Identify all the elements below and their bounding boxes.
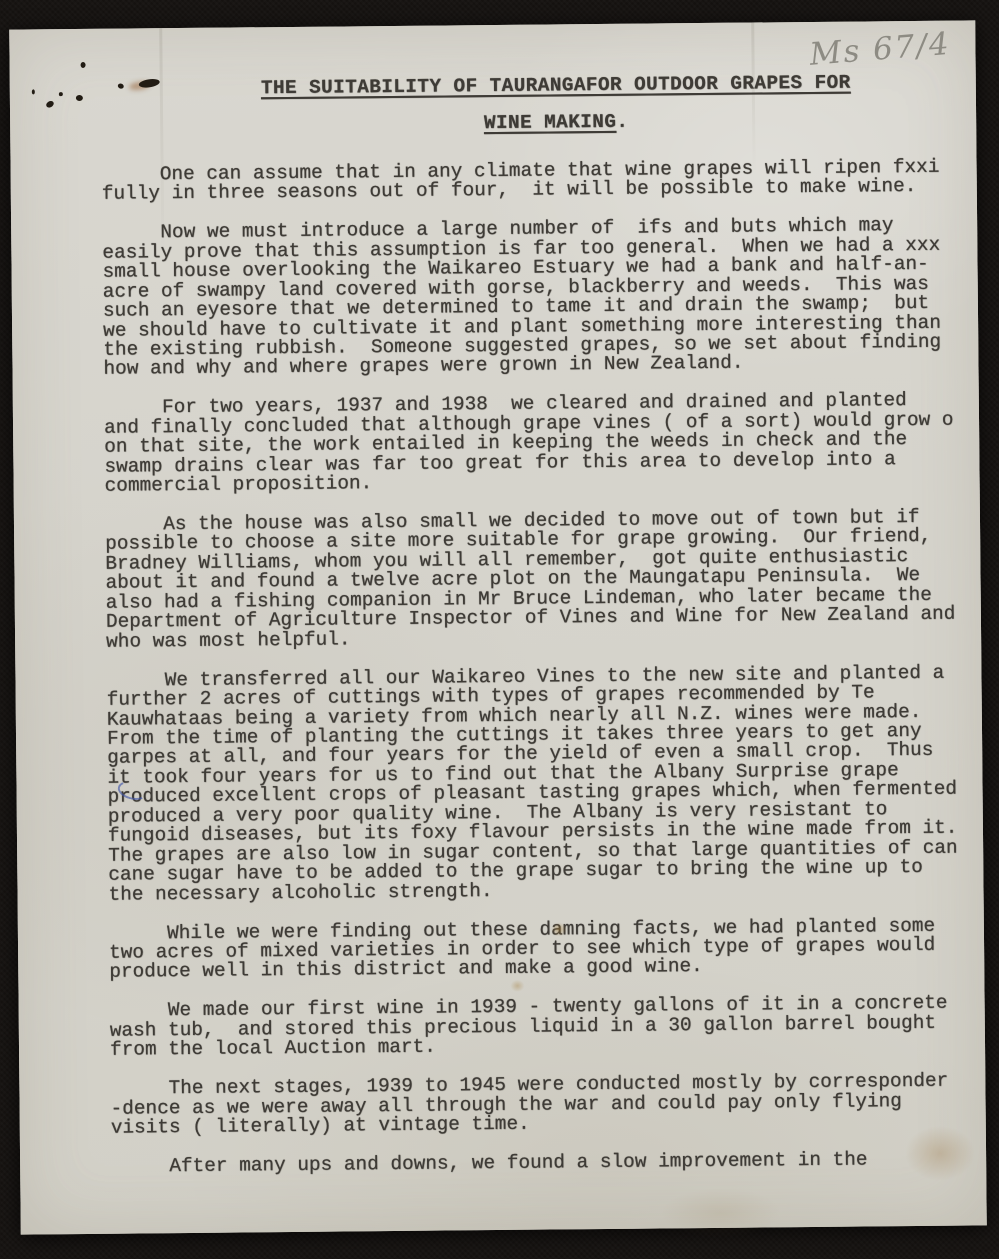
title-line-1: THE SUITABILITY OF TAURANGAFOR OUTDOOR G… — [145, 72, 967, 99]
archival-reference-note: Ms 67/4 — [808, 21, 999, 73]
document-title: THE SUITABILITY OF TAURANGAFOR OUTDOOR G… — [101, 72, 968, 137]
paragraph-3: For two years, 1937 and 1938 we cleared … — [104, 391, 971, 497]
title-period: . — [616, 111, 628, 133]
paragraph-4: As the house was also small we decided t… — [105, 507, 972, 651]
paragraph-5: We transferred all our Waikareo Vines to… — [106, 663, 974, 905]
title-line-2-row: WINE MAKING. — [145, 110, 967, 137]
ink-specks — [9, 20, 975, 29]
paragraph-2: Now we must introduce a large number of … — [102, 216, 969, 380]
paragraph-9: After many ups and downs, we found a slo… — [111, 1149, 977, 1177]
paragraph-7: We made our first wine in 1939 - twenty … — [110, 994, 977, 1061]
ink-speck — [81, 62, 86, 68]
paper-stain — [660, 1187, 780, 1238]
paragraph-8: The next stages, 1939 to 1945 were condu… — [110, 1072, 977, 1139]
paragraph-6: While we were finding out these damning … — [109, 916, 976, 983]
title-line-2: WINE MAKING — [484, 111, 617, 134]
paragraph-1: One can assume that in any climate that … — [102, 157, 968, 204]
typewritten-content: THE SUITABILITY OF TAURANGAFOR OUTDOOR G… — [101, 72, 978, 1196]
ink-speck — [59, 92, 63, 96]
document-page: Ms 67/4 THE SUITABILITY OF TAURANGAFOR O… — [9, 20, 987, 1234]
ink-speck — [76, 95, 83, 101]
ink-speck — [45, 100, 55, 109]
ink-speck — [32, 89, 35, 94]
